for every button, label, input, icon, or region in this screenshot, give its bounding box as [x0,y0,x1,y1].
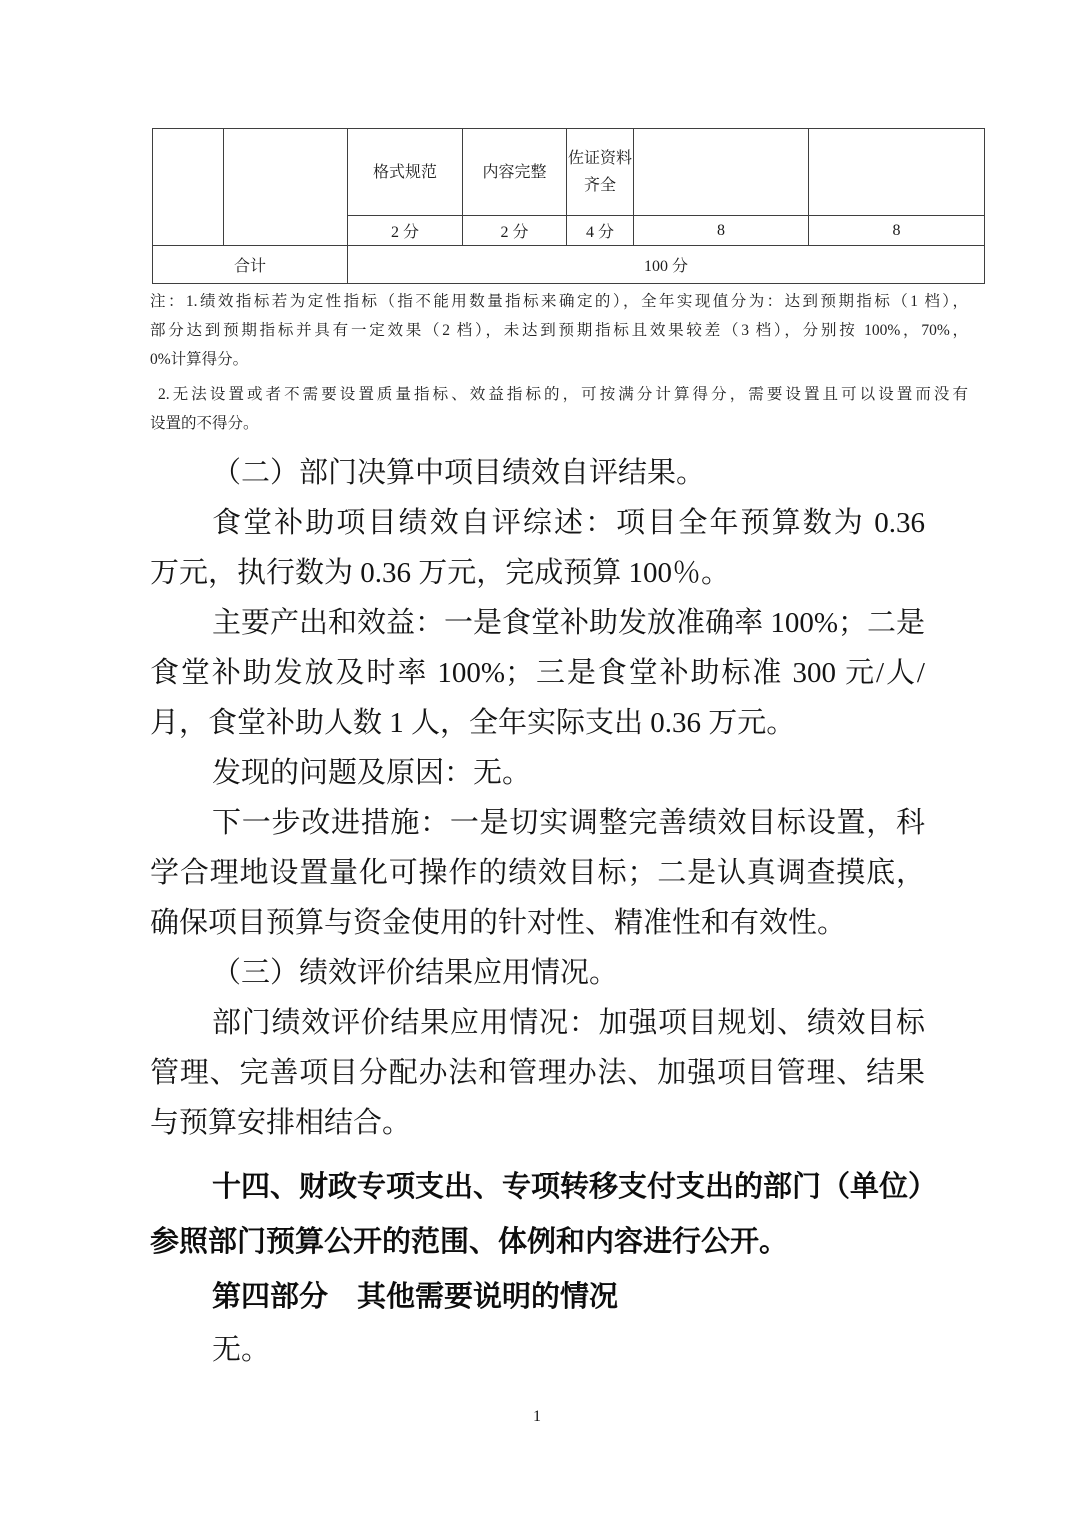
body-line: 学合理地设置量化可操作的绩效目标；二是认真调查摸底， [150,848,925,898]
body-line: 万元，执行数为 0.36 万元，完成预算 100％。 [150,548,925,598]
page-number: 1 [0,1408,1074,1426]
heading-section-14-cont: 参照部门预算公开的范围、体例和内容进行公开。 [150,1215,925,1270]
heading-part-4: 第四部分 其他需要说明的情况 [150,1270,925,1325]
document-page: 格式规范 内容完整 佐证资料齐全 2 分 2 分 4 分 8 8 合计 100 … [0,0,1074,1520]
body-line: 管理、完善项目分配办法和管理办法、加强项目管理、结果 [150,1048,925,1098]
score-col-6: 8 [634,216,809,246]
body-line: 发现的问题及原因：无。 [150,748,925,798]
body-line: 食堂补助项目绩效自评综述：项目全年预算数为 0.36 [150,498,925,548]
score-format: 2 分 [348,216,463,246]
table-cell-empty [634,129,809,216]
body-line: 食堂补助发放及时率 100%；三是食堂补助标准 300 元/人/ [150,648,925,698]
table-cell-empty [809,129,985,216]
note-line: 部分达到预期指标并具有一定效果（2 档），未达到预期指标且效果较差（3 档），分… [150,316,968,345]
criteria-format: 格式规范 [348,129,463,216]
score-table: 格式规范 内容完整 佐证资料齐全 2 分 2 分 4 分 8 8 合计 100 … [152,128,985,284]
note-line: 注：1.绩效指标若为定性指标（指不能用数量指标来确定的），全年实现值分为：达到预… [150,287,968,316]
heading-project-self-eval-results: （二）部门决算中项目绩效自评结果。 [150,448,925,498]
score-col-7: 8 [809,216,985,246]
body-line: 月，食堂补助人数 1 人，全年实际支出 0.36 万元。 [150,698,925,748]
note-line: 设置的不得分。 [150,409,968,438]
score-content: 2 分 [463,216,567,246]
score-evidence: 4 分 [567,216,634,246]
body-line: 无。 [150,1325,925,1375]
total-value: 100 分 [348,246,985,284]
body-line: 下一步改进措施：一是切实调整完善绩效目标设置，科 [150,798,925,848]
body-line: 主要产出和效益：一是食堂补助发放准确率 100%；二是 [150,598,925,648]
heading-eval-result-application: （三）绩效评价结果应用情况。 [150,948,925,998]
note-line: 0%计算得分。 [150,345,968,374]
total-label: 合计 [153,246,348,284]
table-cell-empty [224,129,348,246]
criteria-content: 内容完整 [463,129,567,216]
notes-block: 注：1.绩效指标若为定性指标（指不能用数量指标来确定的），全年实现值分为：达到预… [150,287,968,438]
body-line: 部门绩效评价结果应用情况：加强项目规划、绩效目标 [150,998,925,1048]
body-line: 确保项目预算与资金使用的针对性、精准性和有效性。 [150,898,925,948]
criteria-evidence: 佐证资料齐全 [567,129,634,216]
table-row-total: 合计 100 分 [153,246,985,284]
body-line: 与预算安排相结合。 [150,1098,925,1148]
body-text: （二）部门决算中项目绩效自评结果。 食堂补助项目绩效自评综述：项目全年预算数为 … [150,448,925,1375]
note-line: 2.无法设置或者不需要设置质量指标、效益指标的，可按满分计算得分，需要设置且可以… [150,380,968,409]
table-cell-empty [153,129,224,246]
heading-section-14: 十四、财政专项支出、专项转移支付支出的部门（单位） [150,1160,925,1215]
table-row-criteria: 格式规范 内容完整 佐证资料齐全 [153,129,985,216]
